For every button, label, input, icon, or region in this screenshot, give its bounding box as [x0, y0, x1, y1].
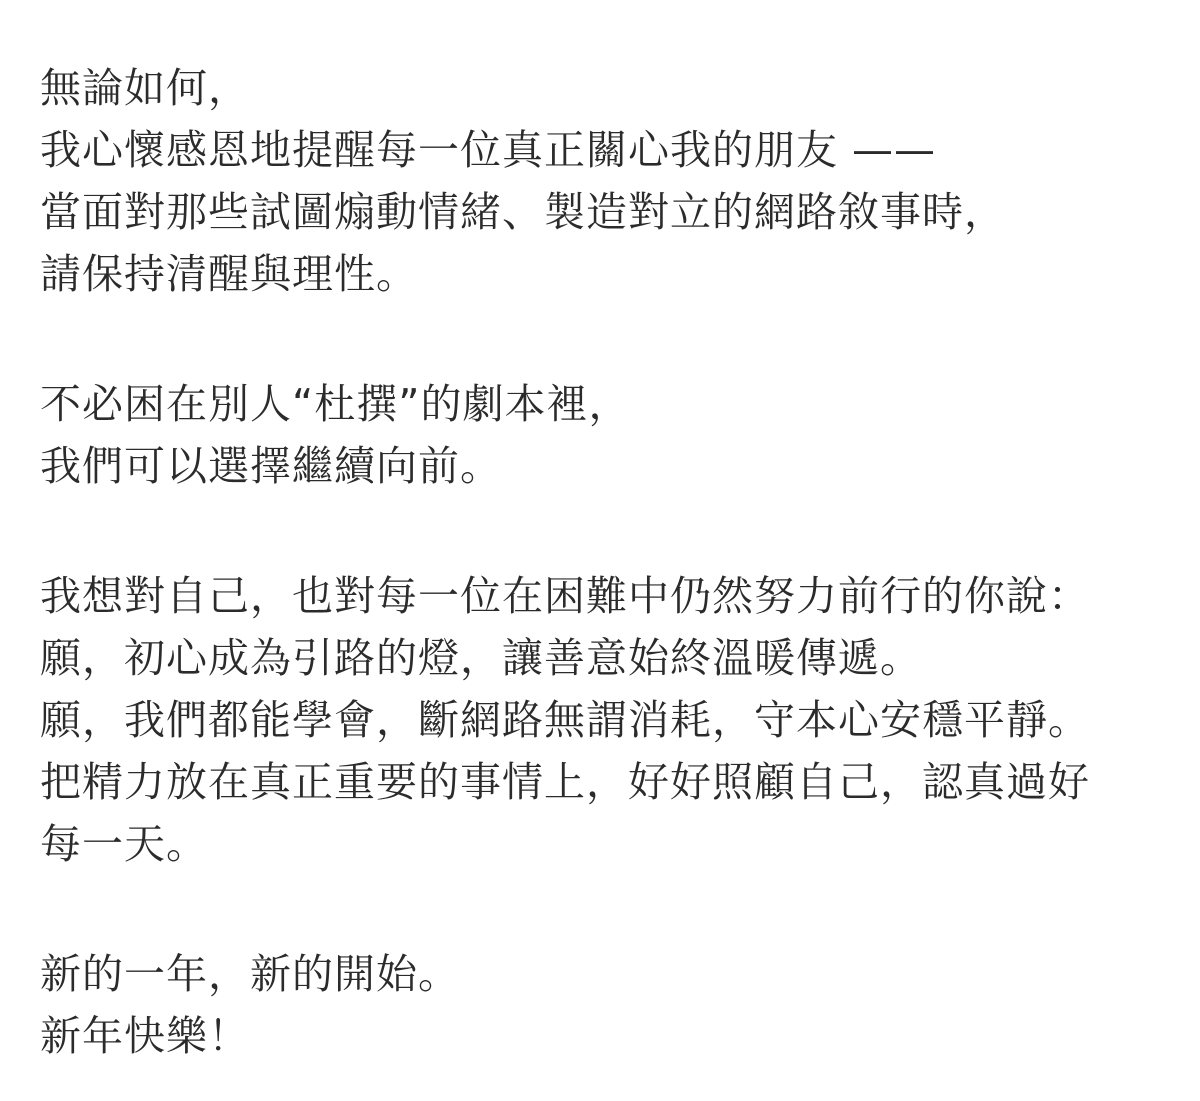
paragraph-new-year: 新的一年，新的開始。 新年快樂！	[40, 943, 1170, 1067]
text-line: 新年快樂！	[40, 1005, 1170, 1067]
text-line: 不必困在別人“杜撰”的劇本裡，	[40, 373, 1170, 435]
text-line: 當面對那些試圖煽動情緒、製造對立的網路敘事時，	[40, 181, 1170, 243]
text-line: 每一天。	[40, 813, 1170, 875]
paragraph-reminder: 無論如何， 我心懷感恩地提醒每一位真正關心我的朋友 —— 當面對那些試圖煽動情緒…	[40, 57, 1170, 305]
paragraph-spacer	[40, 305, 1170, 373]
text-line: 我們可以選擇繼續向前。	[40, 435, 1170, 497]
text-line: 願，初心成為引路的燈，讓善意始終溫暖傳遞。	[40, 627, 1170, 689]
text-line: 把精力放在真正重要的事情上，好好照顧自己，認真過好	[40, 751, 1170, 813]
text-line: 請保持清醒與理性。	[40, 243, 1170, 305]
message-document: 無論如何， 我心懷感恩地提醒每一位真正關心我的朋友 —— 當面對那些試圖煽動情緒…	[40, 57, 1170, 1067]
paragraph-wishes: 我想對自己，也對每一位在困難中仍然努力前行的你說： 願，初心成為引路的燈，讓善意…	[40, 565, 1170, 875]
paragraph-spacer	[40, 875, 1170, 943]
paragraph-move-forward: 不必困在別人“杜撰”的劇本裡， 我們可以選擇繼續向前。	[40, 373, 1170, 497]
text-line: 我心懷感恩地提醒每一位真正關心我的朋友 ——	[40, 119, 1170, 181]
paragraph-spacer	[40, 497, 1170, 565]
text-line: 願，我們都能學會，斷網路無謂消耗，守本心安穩平靜。	[40, 689, 1170, 751]
text-line: 無論如何，	[40, 57, 1170, 119]
text-line: 我想對自己，也對每一位在困難中仍然努力前行的你說：	[40, 565, 1170, 627]
text-line: 新的一年，新的開始。	[40, 943, 1170, 1005]
